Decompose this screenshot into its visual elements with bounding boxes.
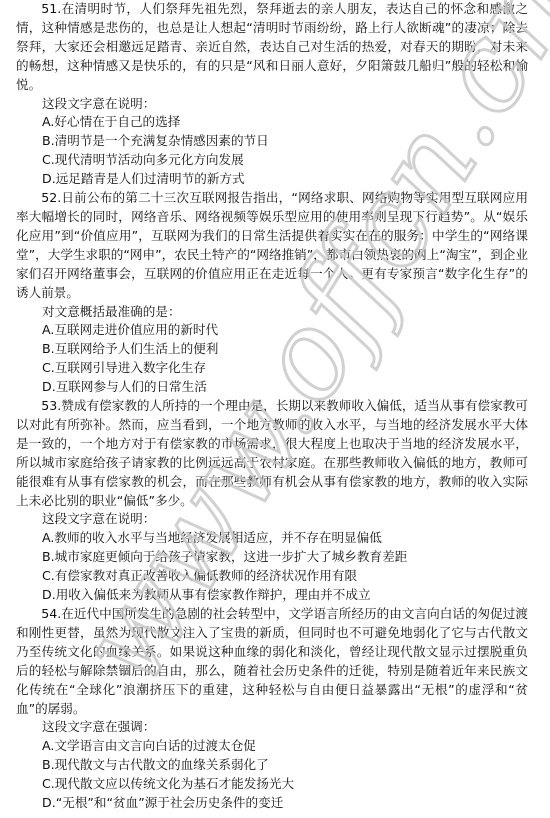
option-c: C.现代散文应以传统文化为基石才能发扬光大 — [16, 775, 528, 794]
exam-document: 51.在清明时节，人们祭拜先祖先烈，祭拜逝去的亲人朋友，表达自己的怀念和感激之情… — [16, 0, 528, 813]
option-d: D.“无根”和“贫血”源于社会历史条件的变迁 — [16, 794, 528, 813]
question-passage: 54.在近代中国所发生的急剧的社会转型中，文学语言所经历的由文言向白话的匆促过渡… — [16, 605, 528, 718]
option-c: C.现代清明节活动向多元化方向发展 — [16, 151, 528, 170]
option-a: A.好心情在于自己的选择 — [16, 113, 528, 132]
question-prompt: 这段文字意在说明： — [16, 95, 528, 114]
option-b: B.城市家庭更倾向于给孩子请家教，这进一步扩大了城乡教育差距 — [16, 548, 528, 567]
question-passage: 51.在清明时节，人们祭拜先祖先烈，祭拜逝去的亲人朋友，表达自己的怀念和感激之情… — [16, 0, 528, 95]
option-d: D.互联网参与人们的日常生活 — [16, 378, 528, 397]
option-b: B.互联网给予人们生活上的便利 — [16, 340, 528, 359]
option-a: A.互联网走进价值应用的新时代 — [16, 321, 528, 340]
question-passage: 52.日前公布的第二十三次互联网报告指出，“网络求职、网络购物等实用型互联网应用… — [16, 189, 528, 302]
option-c: C.互联网引导进入数字化生存 — [16, 359, 528, 378]
option-b: B.现代散文与古代散文的血缘关系弱化了 — [16, 756, 528, 775]
question-51: 51.在清明时节，人们祭拜先祖先烈，祭拜逝去的亲人朋友，表达自己的怀念和感激之情… — [16, 0, 528, 189]
question-54: 54.在近代中国所发生的急剧的社会转型中，文学语言所经历的由文言向白话的匆促过渡… — [16, 605, 528, 813]
question-53: 53.赞成有偿家教的人所持的一个理由是，长期以来教师收入偏低，适当从事有偿家教可… — [16, 397, 528, 605]
option-a: A.文学语言由文言向白话的过渡太仓促 — [16, 737, 528, 756]
question-prompt: 这段文字意在说明： — [16, 510, 528, 529]
option-d: D.远足踏青是人们过清明节的新方式 — [16, 170, 528, 189]
option-a: A.教师的收入水平与当地经济发展相适应，并不存在明显偏低 — [16, 529, 528, 548]
question-passage: 53.赞成有偿家教的人所持的一个理由是，长期以来教师收入偏低，适当从事有偿家教可… — [16, 397, 528, 510]
question-prompt: 这段文字意在强调： — [16, 718, 528, 737]
option-c: C.有偿家教对真正改善收入偏低教师的经济状况作用有限 — [16, 567, 528, 586]
option-d: D.用收入偏低来为教师从事有偿家教作辩护，理由并不成立 — [16, 586, 528, 605]
option-b: B.清明节是一个充满复杂情感因素的节日 — [16, 132, 528, 151]
question-prompt: 对文意概括最准确的是： — [16, 303, 528, 322]
question-52: 52.日前公布的第二十三次互联网报告指出，“网络求职、网络购物等实用型互联网应用… — [16, 189, 528, 397]
